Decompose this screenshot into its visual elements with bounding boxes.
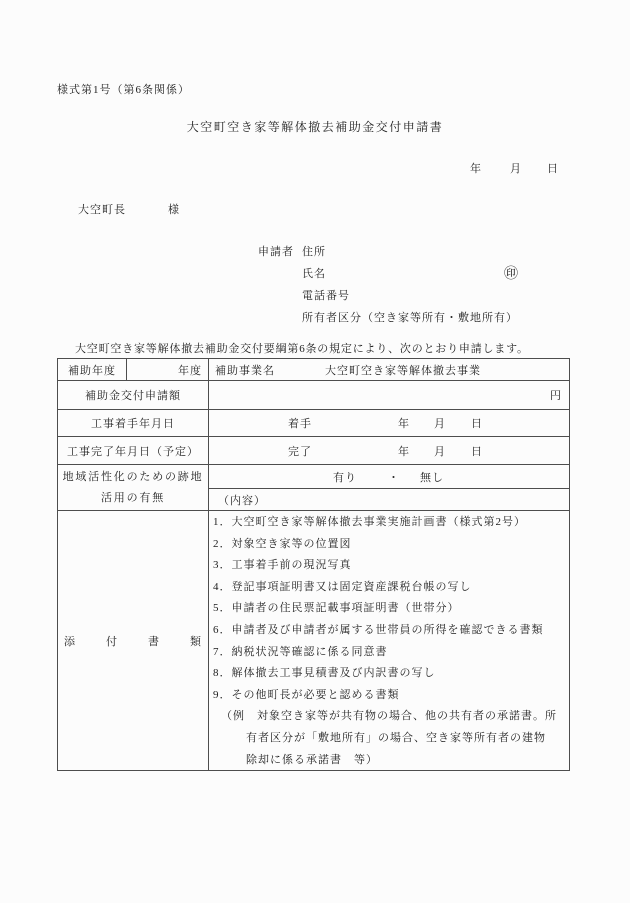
page-title: 大空町空き家等解体撤去補助金交付申請書 (0, 118, 630, 135)
date-day-label: 日 (547, 160, 559, 176)
application-form-page: 様式第1号（第6条関係） 大空町空き家等解体撤去補助金交付申請書 年 月 日 大… (0, 0, 630, 903)
applicant-address-label: 住所 (302, 243, 326, 259)
site-use-option-yes: 有り (333, 469, 357, 485)
work-end-year-label: 年 (398, 443, 410, 459)
work-end-label: 工事完了年月日（予定） (58, 437, 208, 464)
project-name-label: 補助事業名 (215, 362, 275, 378)
table-row-work-end: 工事完了年月日（予定） 完了 年 月 日 (58, 436, 569, 464)
attachment-item: 4．登記事項証明書又は固定資産課税台帳の写し (213, 577, 565, 599)
date-year-label: 年 (470, 160, 482, 176)
attachment-note-line: （例 対象空き家等が共有物の場合、他の共有者の承諾書。所 (221, 706, 565, 728)
intro-sentence: 大空町空き家等解体撤去補助金交付要綱第6条の規定により、次のとおり申請します。 (75, 340, 529, 356)
site-use-content-label: （内容） (209, 488, 569, 510)
attachments-list-cell: 1．大空町空き家等解体撤去事業実施計画書（様式第2号） 2．対象空き家等の位置図… (208, 511, 569, 770)
site-use-label: 地域活性化のための跡地 活用の有無 (58, 465, 208, 510)
application-table: 補助年度 年度 補助事業名 大空町空き家等解体撤去事業 補助金交付申請額 円 工… (57, 358, 570, 771)
attachment-item: 3．工事着手前の現況写真 (213, 555, 565, 577)
work-start-day-label: 日 (471, 415, 483, 431)
table-row-amount: 補助金交付申請額 円 (58, 380, 569, 409)
attachment-item: 5．申請者の住民票記載事項証明書（世帯分） (213, 598, 565, 620)
attachments-label-char: 類 (190, 633, 202, 649)
site-use-option-separator: ・ (388, 469, 400, 485)
work-end-prefix: 完了 (288, 443, 312, 459)
work-end-day-label: 日 (471, 443, 483, 459)
attachment-item: 8．解体撤去工事見積書及び内訳書の写し (213, 663, 565, 685)
table-row-site-use: 地域活性化のための跡地 活用の有無 有り ・ 無し （内容） (58, 464, 569, 510)
amount-label: 補助金交付申請額 (58, 381, 208, 409)
addressee-honorific: 様 (168, 204, 180, 216)
form-number: 様式第1号（第6条関係） (57, 81, 190, 97)
work-end-date-cell: 完了 年 月 日 (208, 437, 569, 464)
attachments-label: 添 付 書 類 (58, 511, 208, 770)
work-start-year-label: 年 (398, 415, 410, 431)
addressee: 大空町長様 (78, 201, 180, 217)
work-start-month-label: 月 (434, 415, 446, 431)
date-line: 年 月 日 (0, 160, 630, 176)
work-start-prefix: 着手 (288, 415, 312, 431)
table-row-work-start: 工事着手年月日 着手 年 月 日 (58, 409, 569, 436)
attachments-label-char: 書 (148, 633, 160, 649)
amount-value-cell: 円 (208, 381, 569, 409)
attachments-label-char: 添 (64, 633, 76, 649)
addressee-name: 大空町長 (78, 204, 126, 216)
attachment-item: 2．対象空き家等の位置図 (213, 534, 565, 556)
site-use-label-line2: 活用の有無 (101, 488, 165, 509)
site-use-options: 有り ・ 無し (209, 465, 569, 488)
work-start-label: 工事着手年月日 (58, 410, 208, 436)
applicant-name-label: 氏名 (302, 265, 326, 281)
attachment-note-line: 除却に係る承諾書 等） (246, 750, 565, 772)
date-month-label: 月 (510, 160, 522, 176)
fiscal-year-label: 補助年度 (58, 359, 126, 380)
applicant-owner-type-label: 所有者区分（空き家等所有・敷地所有） (302, 309, 518, 325)
table-row-attachments: 添 付 書 類 1．大空町空き家等解体撤去事業実施計画書（様式第2号） 2．対象… (58, 510, 569, 770)
fiscal-year-value-cell: 年度 (126, 359, 208, 380)
attachment-note-line: 有者区分が「敷地所有」の場合、空き家等所有者の建物 (246, 728, 565, 750)
work-start-date-cell: 着手 年 月 日 (208, 410, 569, 436)
work-end-month-label: 月 (434, 443, 446, 459)
project-name-cell: 補助事業名 大空町空き家等解体撤去事業 (208, 359, 569, 380)
attachment-item: 6．申請者及び申請者が属する世帯員の所得を確認できる書類 (213, 620, 565, 642)
site-use-label-line1: 地域活性化のための跡地 (63, 467, 204, 488)
attachments-label-char: 付 (106, 633, 118, 649)
table-row-fiscal-year: 補助年度 年度 補助事業名 大空町空き家等解体撤去事業 (58, 359, 569, 380)
attachment-item: 9．その他町長が必要と認める書類 (213, 685, 565, 707)
applicant-label: 申請者 (258, 243, 294, 259)
attachment-item: 1．大空町空き家等解体撤去事業実施計画書（様式第2号） (213, 512, 565, 534)
project-name-value: 大空町空き家等解体撤去事業 (325, 362, 481, 378)
seal-mark: ㊞ (504, 263, 518, 283)
amount-unit-label: 円 (550, 387, 562, 403)
attachment-item: 7．納税状況等確認に係る同意書 (213, 642, 565, 664)
applicant-phone-label: 電話番号 (302, 287, 350, 303)
site-use-option-no: 無し (420, 469, 444, 485)
site-use-value-cell: 有り ・ 無し （内容） (208, 465, 569, 510)
